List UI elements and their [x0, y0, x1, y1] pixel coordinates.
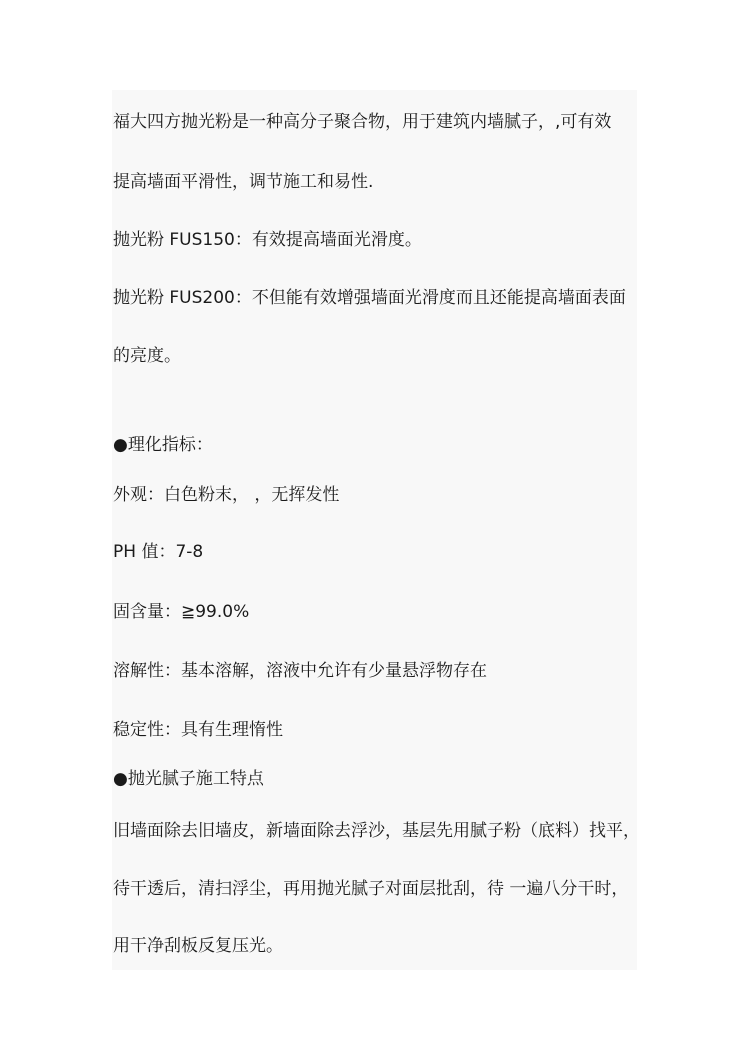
spec-appearance: 外观：白色粉末， ，无挥发性 [113, 483, 339, 507]
spec-stability: 稳定性：具有生理惰性 [113, 718, 283, 742]
construction-line-2: 待干透后，清扫浮尘，再用抛光腻子对面层批刮，待 一遍八分干时， [113, 877, 628, 901]
spec-ph: PH 值：7-8 [113, 540, 203, 564]
intro-line-1: 福大四方抛光粉是一种高分子聚合物，用于建筑内墙腻子，,可有效 [113, 110, 611, 134]
product-fus200-continued: 的亮度。 [113, 344, 181, 368]
spec-solubility: 溶解性：基本溶解，溶液中允许有少量悬浮物存在 [113, 659, 487, 683]
construction-line-3: 用干净刮板反复压光。 [113, 934, 283, 958]
product-fus150: 抛光粉 FUS150：有效提高墙面光滑度。 [113, 228, 422, 252]
construction-line-1: 旧墙面除去旧墙皮，新墙面除去浮沙，基层先用腻子粉（底料）找平， [113, 819, 640, 843]
spec-solid-content: 固含量：≧99.0% [113, 600, 249, 624]
specs-heading: ●理化指标： [113, 433, 213, 457]
intro-line-2: 提高墙面平滑性，调节施工和易性. [113, 170, 373, 194]
product-fus200: 抛光粉 FUS200：不但能有效增强墙面光滑度而且还能提高墙面表面 [113, 286, 626, 310]
construction-heading: ●抛光腻子施工特点 [113, 767, 264, 791]
